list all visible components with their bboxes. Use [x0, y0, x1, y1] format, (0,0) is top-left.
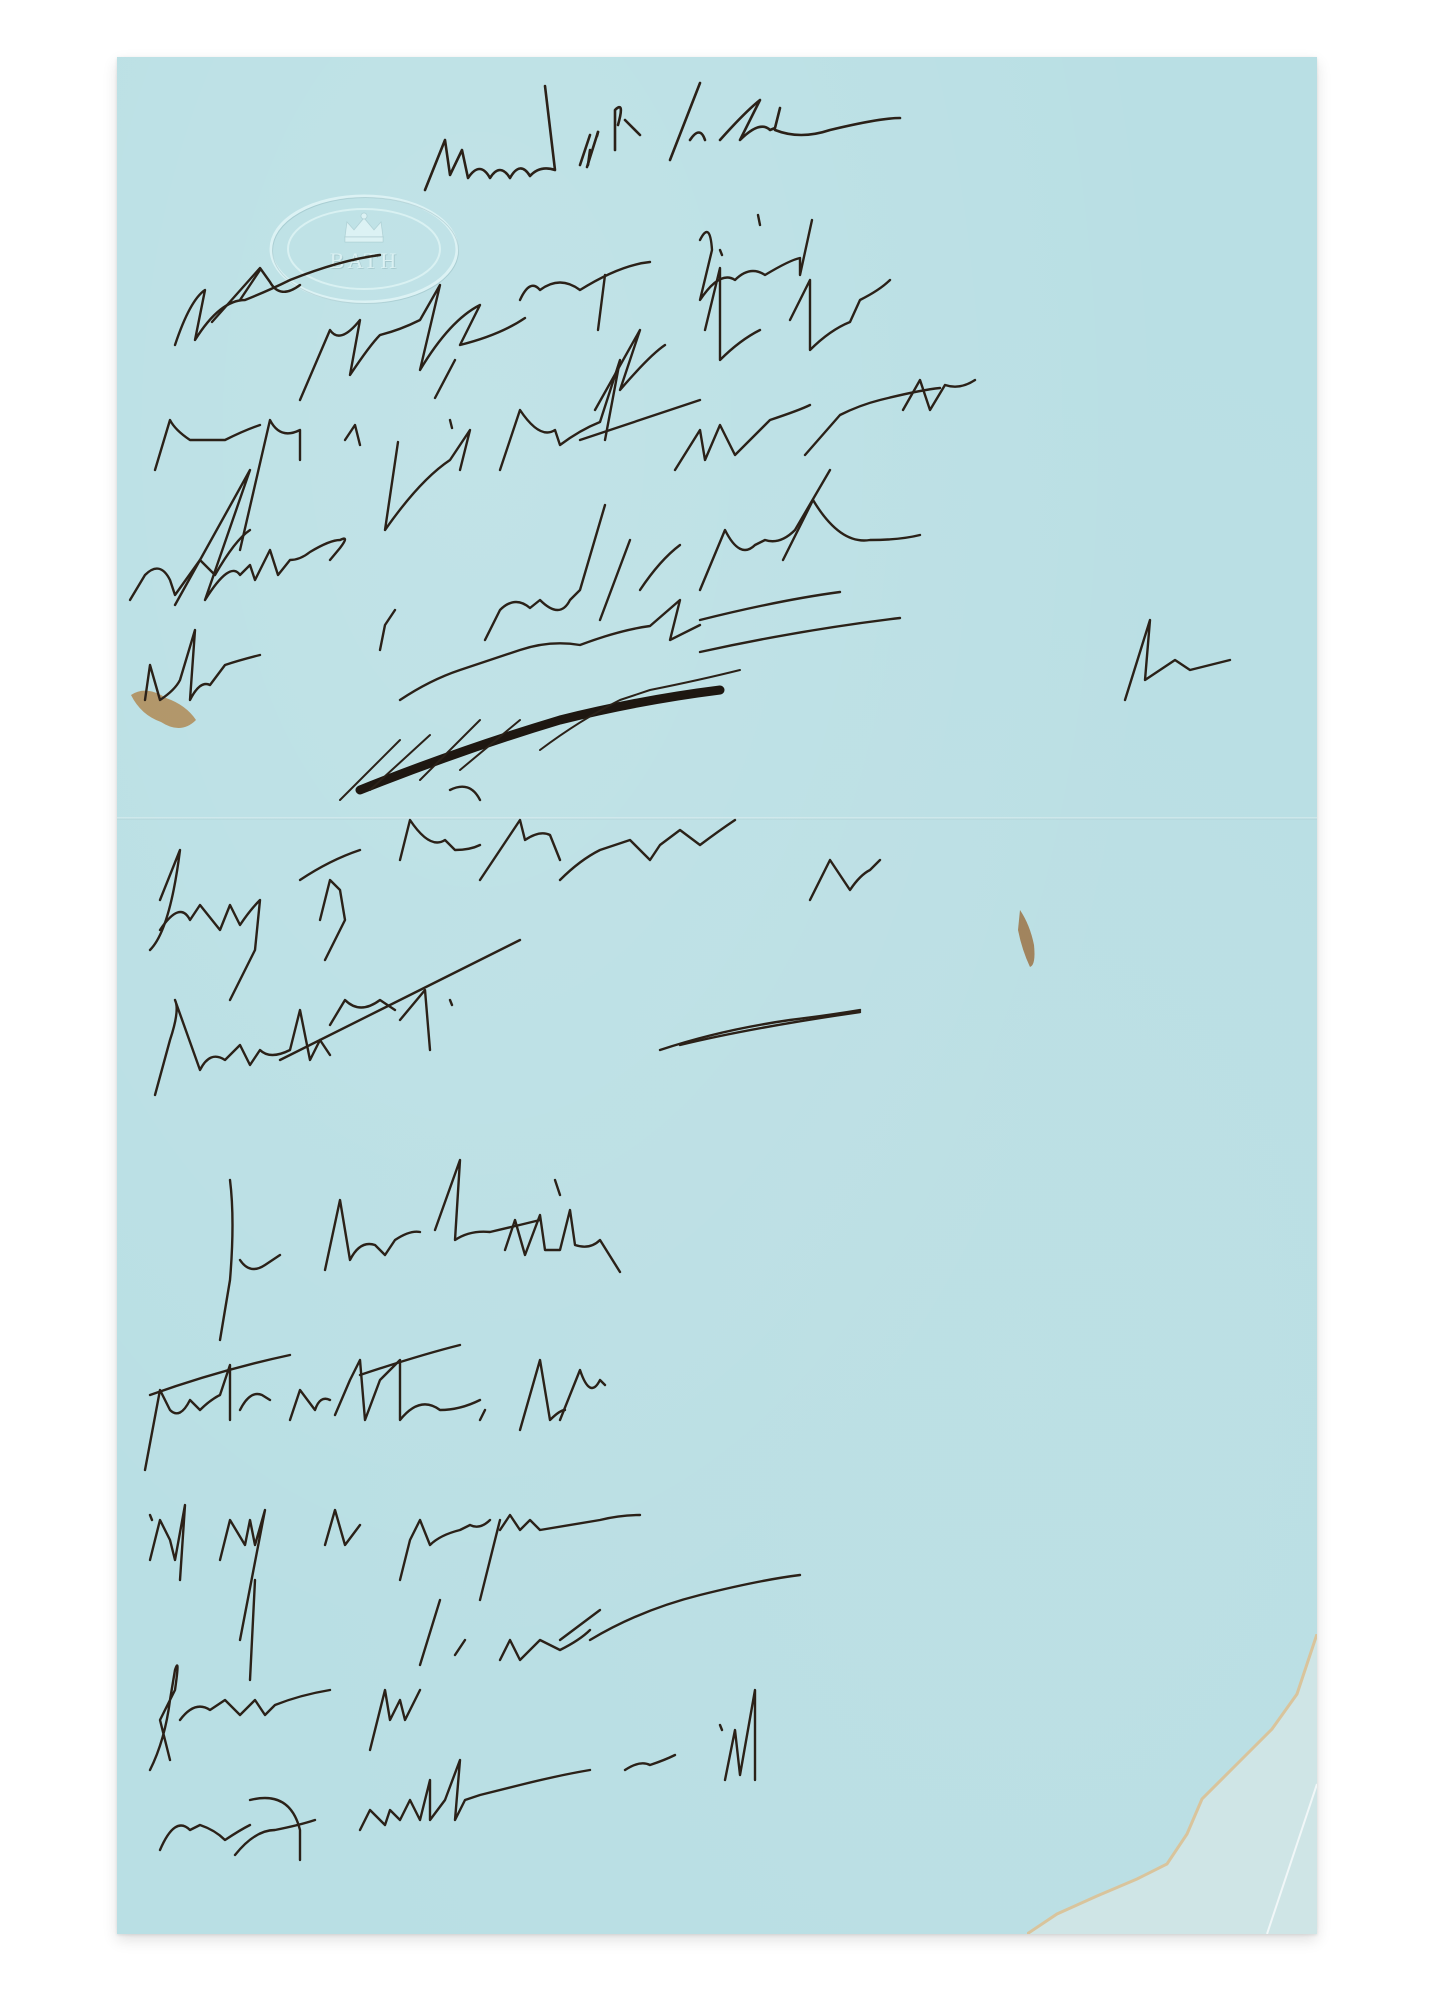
handwriting-ink	[0, 0, 1429, 2000]
line-4-ink	[155, 360, 975, 550]
line-7-ink	[150, 787, 880, 1000]
line-2-ink	[520, 215, 812, 330]
line-13-ink	[160, 1690, 755, 1860]
line-6-ink	[145, 592, 1230, 700]
line-5-ink	[130, 470, 920, 650]
line-9-ink	[220, 1160, 620, 1340]
line-8-ink	[155, 940, 860, 1095]
line-6-scribble-thin	[340, 670, 740, 800]
line-11-ink	[150, 1505, 640, 1640]
line-6-scribble	[360, 690, 720, 790]
line-3-ink	[175, 250, 890, 410]
line-10-ink	[145, 1345, 605, 1470]
line-1-ink	[425, 83, 900, 190]
